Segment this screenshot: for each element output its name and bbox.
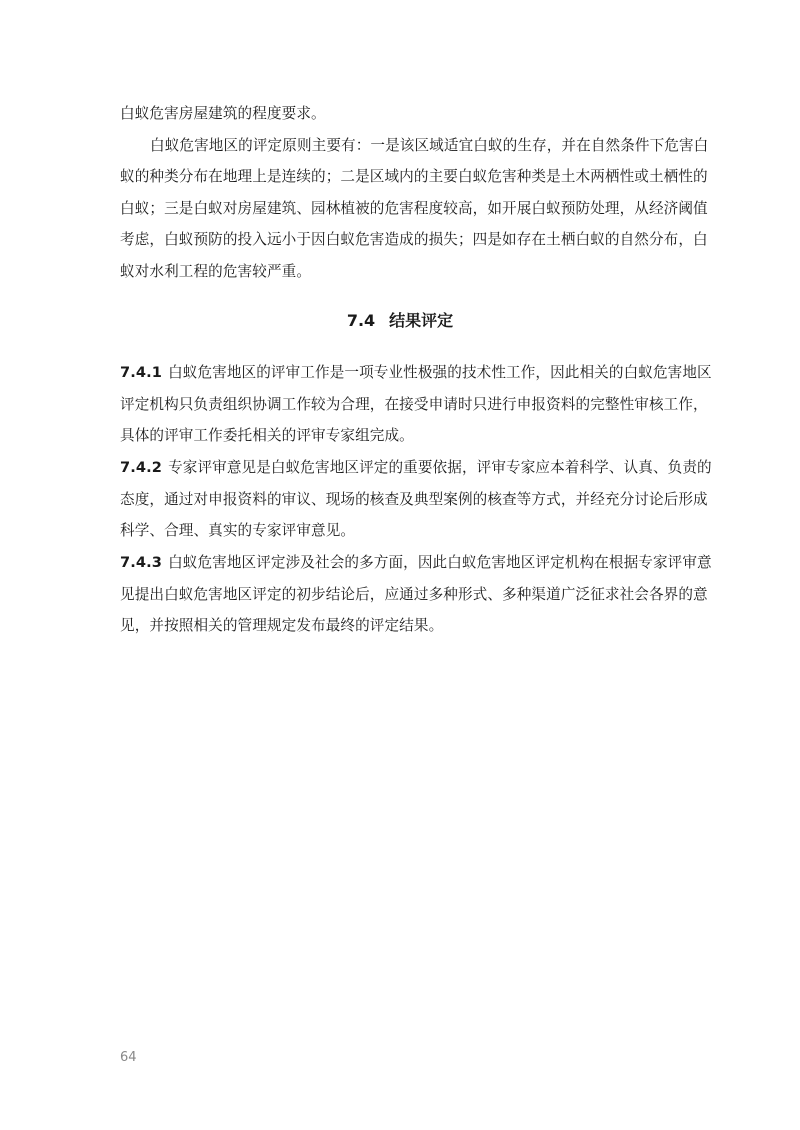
section-heading: 7.4结果评定	[120, 308, 680, 331]
paragraph-line: 白蚁危害地区的评定原则主要有：一是该区域适宜白蚁的生存，并在自然条件下危害白	[120, 130, 680, 162]
clause-number: 7.4.2	[120, 459, 162, 476]
paragraph-line: 见提出白蚁危害地区评定的初步结论后，应通过多种形式、多种渠道广泛征求社会各界的意	[120, 579, 680, 611]
paragraph-line: 7.4.1白蚁危害地区的评审工作是一项专业性极强的技术性工作，因此相关的白蚁危害…	[120, 357, 680, 389]
paragraph-line: 评定机构只负责组织协调工作较为合理，在接受申请时只进行申报资料的完整性审核工作，	[120, 389, 680, 421]
clause-7-4-2: 7.4.2专家评审意见是白蚁危害地区评定的重要依据，评审专家应本着科学、认真、负…	[120, 452, 680, 547]
paragraph-line: 具体的评审工作委托相关的评审专家组完成。	[120, 420, 680, 452]
paragraph-line: 7.4.3白蚁危害地区评定涉及社会的多方面，因此白蚁危害地区评定机构在根据专家评…	[120, 547, 680, 579]
paragraph-line: 7.4.2专家评审意见是白蚁危害地区评定的重要依据，评审专家应本着科学、认真、负…	[120, 452, 680, 484]
paragraph-line: 白蚁；三是白蚁对房屋建筑、园林植被的危害程度较高，如开展白蚁预防处理，从经济阈值	[120, 193, 680, 225]
paragraph-line: 白蚁危害房屋建筑的程度要求。	[120, 98, 680, 130]
paragraph-line: 态度，通过对申报资料的审议、现场的核查及典型案例的核查等方式，并经充分讨论后形成	[120, 484, 680, 516]
clause-number: 7.4.3	[120, 554, 162, 571]
paragraph-line: 蚁对水利工程的危害较严重。	[120, 256, 680, 288]
section-title: 结果评定	[389, 311, 453, 330]
paragraph-line: 考虑，白蚁预防的投入远小于因白蚁危害造成的损失；四是如存在土栖白蚁的自然分布，白	[120, 224, 680, 256]
intro-paragraph: 白蚁危害房屋建筑的程度要求。	[120, 98, 680, 130]
clause-number: 7.4.1	[120, 364, 162, 381]
principles-paragraph: 白蚁危害地区的评定原则主要有：一是该区域适宜白蚁的生存，并在自然条件下危害白 蚁…	[120, 130, 680, 288]
paragraph-line: 蚁的种类分布在地理上是连续的；二是区域内的主要白蚁危害种类是土木两栖性或土栖性的	[120, 161, 680, 193]
paragraph-line: 见，并按照相关的管理规定发布最终的评定结果。	[120, 610, 680, 642]
clause-7-4-3: 7.4.3白蚁危害地区评定涉及社会的多方面，因此白蚁危害地区评定机构在根据专家评…	[120, 547, 680, 642]
section-number: 7.4	[347, 311, 375, 330]
clause-7-4-1: 7.4.1白蚁危害地区的评审工作是一项专业性极强的技术性工作，因此相关的白蚁危害…	[120, 357, 680, 452]
page-number: 64	[120, 1050, 137, 1065]
paragraph-line: 科学、合理、真实的专家评审意见。	[120, 515, 680, 547]
